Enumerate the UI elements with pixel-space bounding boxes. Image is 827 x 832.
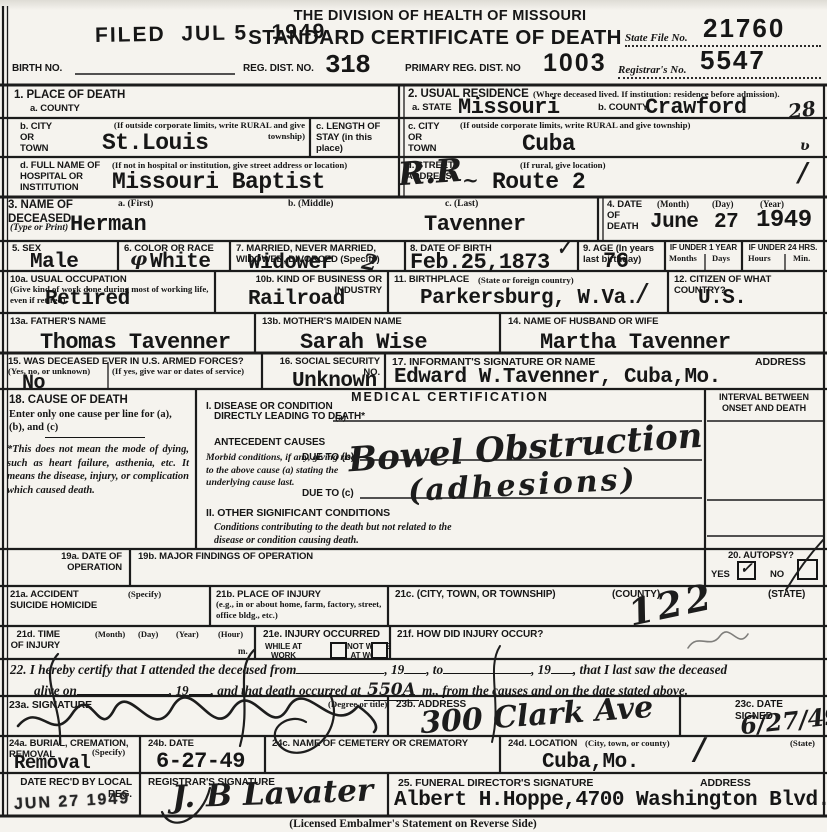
autopsy-yes-checkbox: ✓: [737, 561, 756, 580]
accident-specify-note: (Specify): [128, 589, 161, 600]
residence-county-label: b. COUNTY: [598, 102, 648, 113]
race-pen-mark: φ: [130, 248, 147, 270]
time-of-injury-label: 21d. TIME OF INJURY: [8, 629, 60, 651]
injury-day-label: (Day): [138, 629, 158, 639]
autopsy-no-label: NO: [770, 569, 784, 580]
certify-blank-3: [443, 662, 531, 674]
antecedent-label: ANTECEDENT CAUSES: [214, 437, 325, 449]
last-name-value: Tavenner: [424, 212, 526, 237]
certify-statement-line2: alive on, 19, and that death occurred at…: [34, 680, 824, 700]
street-value: Route 2: [492, 169, 585, 195]
autopsy-no-checkbox: [797, 559, 818, 580]
primary-reg-value: 1003: [543, 49, 607, 78]
location-mark: /: [694, 732, 705, 767]
city-label: b. CITY OR TOWN: [20, 121, 62, 155]
residence-state-value: Missouri: [458, 95, 560, 120]
armed-forces-value: No: [22, 372, 45, 395]
injury-occurred-label: 21e. INJURY OCCURRED: [263, 629, 380, 641]
death-time-handwritten: 550A: [364, 680, 419, 701]
length-of-stay-label: c. LENGTH OF STAY (in this place): [316, 121, 398, 155]
dod-day-value: 27: [714, 211, 738, 234]
certify-last-saw: , that I last saw the deceased: [573, 662, 727, 677]
registrar-signature-handwritten: J. B Lavater: [171, 773, 373, 816]
dod-year-value: 1949: [756, 207, 812, 234]
funeral-director-value: Albert H.Hoppe,4700 Washington Blvd.: [394, 789, 827, 812]
certificate-title: STANDARD CERTIFICATE OF DEATH: [200, 26, 670, 50]
certify-blank-5: [77, 683, 169, 695]
hospital-value: Missouri Baptist: [112, 169, 325, 195]
interval-label: INTERVAL BETWEEN ONSET AND DEATH: [708, 392, 820, 413]
birthplace-mark: /: [638, 278, 647, 307]
certify-19-3: , 19: [169, 683, 189, 698]
street-mark: /: [798, 158, 808, 188]
middle-name-label: b. (Middle): [288, 199, 333, 211]
certify-19-2: , 19: [531, 662, 551, 677]
hospital-label: d. FULL NAME OF HOSPITAL OR INSTITUTION: [20, 160, 110, 194]
mother-value: Sarah Wise: [300, 330, 427, 355]
burial-value: Removal: [14, 752, 90, 774]
signature-label: 23a. SIGNATURE: [9, 699, 92, 711]
division-title: THE DIVISION OF HEALTH OF MISSOURI: [230, 8, 650, 24]
under-24-hrs-label: IF UNDER 24 HRS.: [744, 243, 822, 252]
location-value: Cuba,Mo.: [542, 751, 639, 774]
father-value: Thomas Tavenner: [40, 330, 231, 355]
due-to-b-label: DUE TO (b): [302, 452, 354, 464]
autopsy-label: 20. AUTOPSY?: [728, 550, 794, 561]
spouse-label: 14. NAME OF HUSBAND OR WIFE: [508, 316, 658, 327]
location-label: 24d. LOCATION: [508, 738, 577, 749]
operation-date-label: 19a. DATE OF OPERATION: [8, 551, 122, 573]
business-value: Railroad: [248, 288, 345, 311]
other-conditions-note: Conditions contributing to the death but…: [214, 521, 464, 547]
first-name-value: Herman: [70, 212, 146, 237]
first-name-label: a. (First): [118, 199, 153, 211]
location-note: (City, town, or county): [585, 738, 670, 749]
city-value: St.Louis: [102, 130, 208, 156]
embalmer-footer-note: (Licensed Embalmer's Statement on Revers…: [208, 818, 618, 830]
dod-day-label: (Day): [712, 199, 734, 210]
accident-suicide-homicide-label: 21a. ACCIDENT SUICIDE HOMICIDE: [10, 589, 100, 611]
residence-city-note: (If outside corporate limits, write RURA…: [460, 120, 710, 131]
other-conditions-label: II. OTHER SIGNIFICANT CONDITIONS: [206, 507, 390, 519]
dod-month-value: June: [650, 211, 698, 234]
cause-instruction: Enter only one cause per line for (a), (…: [9, 408, 187, 434]
place-of-injury-note: (e.g., in or about home, farm, factory, …: [216, 599, 384, 620]
death-certificate: FILED JUL 5 1949 THE DIVISION OF HEALTH …: [0, 0, 827, 832]
certify-blank-2: [404, 662, 426, 674]
dob-value: Feb.25,1873: [410, 250, 550, 275]
months-label: Months: [669, 253, 697, 263]
birth-no-label: BIRTH NO.: [12, 63, 62, 75]
spouse-value: Martha Tavenner: [540, 330, 731, 355]
birthplace-label: 11. BIRTHPLACE: [394, 274, 469, 285]
operation-findings-label: 19b. MAJOR FINDINGS OF OPERATION: [138, 551, 313, 562]
birthplace-value: Parkersburg, W.Va.: [420, 287, 638, 310]
funeral-director-address-label: ADDRESS: [700, 777, 751, 789]
burial-date-label: 24b. DATE: [148, 738, 194, 749]
residence-city-value: Cuba: [522, 131, 575, 157]
certify-alive-on: alive on: [34, 683, 77, 698]
injury-month-label: (Month): [95, 629, 125, 639]
not-while-at-work-checkbox: [371, 642, 388, 659]
last-name-label: c. (Last): [445, 199, 478, 211]
county-label: a. COUNTY: [30, 103, 80, 114]
date-of-death-label: 4. DATE OF DEATH: [607, 199, 649, 233]
injury-hour-label: (Hour): [218, 629, 243, 639]
place-of-death-title: 1. PLACE OF DEATH: [14, 89, 125, 103]
informant-value: Edward W.Tavenner, Cuba,Mo.: [394, 366, 721, 389]
occupation-value: Retired: [45, 288, 130, 311]
marital-value: Widower: [248, 252, 333, 275]
degree-or-title-note: (Degree or title): [328, 699, 387, 710]
due-to-c-label: DUE TO (c): [302, 488, 354, 500]
certify-to: , to: [426, 662, 443, 677]
citizen-value: U.S.: [698, 287, 746, 310]
injury-city-label: 21c. (CITY, TOWN, OR TOWNSHIP): [395, 589, 556, 601]
injury-location-scrawl: 122: [625, 575, 719, 634]
min-label: Min.: [793, 253, 810, 263]
primary-reg-label: PRIMARY REG. DIST. NO: [405, 63, 521, 75]
cause-footnote: *This does not mean the mode of dying, s…: [7, 443, 189, 498]
residence-county-value: Crawford: [645, 95, 747, 120]
reg-dist-value: 318: [325, 50, 370, 80]
father-label: 13a. FATHER'S NAME: [10, 316, 106, 327]
certify-occurred: , and that death occurred at: [211, 683, 361, 698]
age-value: 76: [603, 249, 628, 274]
sex-value: Male: [30, 251, 78, 274]
dod-month-label: (Month): [657, 199, 689, 210]
burial-specify-note: (Specify): [92, 747, 125, 758]
state-file-no-value: 21760: [703, 13, 785, 44]
county-handwritten-mark: 28: [786, 96, 817, 124]
registrar-no-value: 5547: [700, 45, 766, 76]
residence-state-label: a. STATE: [412, 102, 452, 113]
burial-date-value: 6-27-49: [156, 749, 245, 774]
cemetery-label: 24c. NAME OF CEMETERY OR CREMATORY: [272, 738, 468, 749]
mother-label: 13b. MOTHER'S MAIDEN NAME: [262, 316, 402, 327]
how-injury-occurred-label: 21f. HOW DID INJURY OCCUR?: [397, 629, 543, 641]
hours-label: Hours: [748, 253, 771, 263]
cause-of-death-title: 18. CAUSE OF DEATH: [9, 394, 128, 408]
reg-dist-label: REG. DIST. NO.: [243, 63, 314, 75]
disease-a-label: (a): [335, 413, 346, 425]
cause-divider: [45, 437, 145, 438]
injury-state-label: (STATE): [768, 589, 805, 601]
residence-city-label: c. CITY OR TOWN: [408, 121, 452, 155]
autopsy-yes-label: YES: [711, 569, 730, 580]
funeral-director-label: 25. FUNERAL DIRECTOR'S SIGNATURE: [398, 777, 593, 789]
birthplace-note: (State or foreign country): [478, 275, 574, 286]
type-or-print-note: (Type or Print): [10, 223, 68, 233]
certify-blank-4: [551, 662, 573, 674]
certify-statement-line1: 22. I hereby certify that I attended the…: [10, 662, 822, 678]
certify-blank-1: [296, 662, 384, 674]
days-label: Days: [712, 253, 730, 263]
street-handwritten: R.R: [397, 151, 464, 193]
certify-blank-6: [189, 683, 211, 695]
armed-forces-note2: (If yes, give war or dates of service): [112, 366, 258, 377]
injury-year-label: (Year): [176, 629, 199, 639]
while-at-work-label: WHILE AT WORK: [261, 642, 306, 661]
autopsy-check-mark: ✓: [740, 559, 753, 577]
race-value: White: [150, 251, 211, 274]
certify-text-1: 22. I hereby certify that I attended the…: [10, 662, 296, 677]
under-1-year-label: IF UNDER 1 YEAR: [667, 243, 740, 252]
injury-m-label: m.: [238, 646, 248, 657]
dob-check-mark: ✓: [554, 237, 573, 260]
certify-19-1: , 19: [384, 662, 404, 677]
informant-address-label: ADDRESS: [755, 356, 806, 368]
street-ditto-mark: ~: [462, 168, 479, 192]
location-state-note: (State): [790, 738, 815, 749]
residence-city-mark: ʋ: [800, 138, 810, 154]
